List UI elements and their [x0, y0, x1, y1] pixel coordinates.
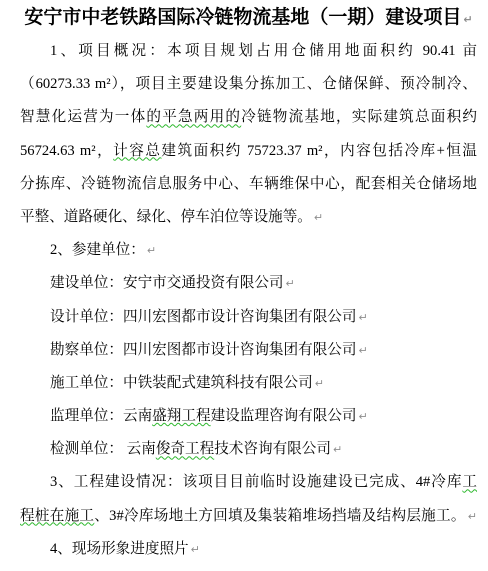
text-segment: 智慧化运营为一体 — [20, 109, 146, 125]
paragraph-mark-icon: ↵ — [313, 377, 324, 390]
text-segment: 3、工程建设情况：该项目目前临时设施建设已完成、4#冷库 — [50, 474, 462, 490]
progress-line-2: 程桩在施工、3#冷库场地土方回填及集装箱堆场挡墙及结构层施工。↵ — [20, 500, 477, 533]
text-segment: 分拣库、冷链物流信息服务中心、车辆维保中心，配套相关仓储场地 — [20, 176, 477, 192]
overview-line-3: 智慧化运营为一体的平急两用的冷链物流基地，实际建筑总面积约 — [20, 101, 477, 134]
text-segment: 平整、道路硬化、绿化、停车泊位等设施等。 — [20, 209, 312, 225]
participants-heading: 2、参建单位：↵ — [20, 234, 477, 267]
paragraph-mark-icon: ↵ — [356, 311, 367, 324]
construction-unit: 建设单位：安宁市交通投资有限公司↵ — [20, 267, 477, 300]
text-segment: 检测单位： 云南 — [50, 441, 156, 457]
supervision-unit: 监理单位：云南盛翔工程建设监理咨询有限公司↵ — [20, 400, 477, 433]
text-segment: 技术咨询有限公司 — [214, 441, 331, 457]
design-unit: 设计单位：四川宏图都市设计咨询集团有限公司↵ — [20, 301, 477, 334]
text-segment: 建设单位：安宁市交通投资有限公司 — [50, 275, 284, 291]
text-segment: 4、现场形象进度照片 — [50, 541, 189, 557]
paragraph-mark-icon: ↵ — [331, 443, 342, 456]
text-segment: （60273.33 m²），项目主要建设集分拣加工、仓储保鲜、预冷制冷、 — [20, 76, 477, 92]
builder-unit: 施工单位：中铁装配式建筑科技有限公司↵ — [20, 367, 477, 400]
paragraph-mark-icon: ↵ — [145, 244, 156, 257]
text-segment: 安宁市中老铁路国际冷链物流基地（一期）建设项目 — [24, 7, 461, 28]
spellcheck-flagged-text: 工 — [462, 474, 477, 490]
text-segment: 监理单位：云南 — [50, 408, 152, 424]
paragraph-mark-icon: ↵ — [466, 510, 477, 523]
photos-heading: 4、现场形象进度照片↵ — [20, 533, 477, 566]
paragraph-mark-icon: ↵ — [189, 543, 200, 556]
text-segment: 1、项目概况：本项目规划占用仓储用地面积约 90.41 亩 — [50, 43, 477, 59]
document-title: 安宁市中老铁路国际冷链物流基地（一期）建设项目↵ — [20, 1, 477, 35]
paragraph-mark-icon: ↵ — [461, 13, 472, 26]
text-segment: 2、参建单位： — [50, 242, 145, 258]
spellcheck-flagged-text: 盛翔工程 — [152, 408, 210, 424]
survey-unit: 勘察单位：四川宏图都市设计咨询集团有限公司↵ — [20, 334, 477, 367]
document-page: 安宁市中老铁路国际冷链物流基地（一期）建设项目↵1、项目概况：本项目规划占用仓储… — [0, 0, 488, 571]
paragraph-mark-icon: ↵ — [312, 211, 323, 224]
text-segment: 建设监理咨询有限公司 — [211, 408, 357, 424]
paragraph-mark-icon: ↵ — [284, 277, 295, 290]
overview-line-2: （60273.33 m²），项目主要建设集分拣加工、仓储保鲜、预冷制冷、 — [20, 68, 477, 101]
text-segment: 冷链物流基地，实际建筑总面积约 — [241, 109, 477, 125]
text-segment: 勘察单位：四川宏图都市设计咨询集团有限公司 — [50, 342, 356, 358]
text-segment: 56724.63 m²， — [20, 143, 113, 159]
spellcheck-flagged-text: 的平急两用的 — [146, 109, 241, 125]
spellcheck-flagged-text: 程桩在施工 — [20, 508, 94, 524]
spellcheck-flagged-text: 俊奇工程 — [156, 441, 214, 457]
overview-line-6: 平整、道路硬化、绿化、停车泊位等设施等。↵ — [20, 201, 477, 234]
overview-line-5: 分拣库、冷链物流信息服务中心、车辆维保中心，配套相关仓储场地 — [20, 168, 477, 201]
text-segment: 建筑面积约 75723.37 m²，内容包括冷库+恒温 — [161, 143, 477, 159]
overview-line-1: 1、项目概况：本项目规划占用仓储用地面积约 90.41 亩 — [20, 35, 477, 68]
overview-line-4: 56724.63 m²，计容总建筑面积约 75723.37 m²，内容包括冷库+… — [20, 135, 477, 168]
spellcheck-flagged-text: 计容总 — [113, 143, 161, 159]
paragraph-mark-icon: ↵ — [356, 344, 367, 357]
progress-line-1: 3、工程建设情况：该项目目前临时设施建设已完成、4#冷库工 — [20, 466, 477, 499]
paragraph-mark-icon: ↵ — [357, 410, 368, 423]
text-segment: 施工单位：中铁装配式建筑科技有限公司 — [50, 375, 313, 391]
text-segment: 设计单位：四川宏图都市设计咨询集团有限公司 — [50, 309, 356, 325]
document-body: 安宁市中老铁路国际冷链物流基地（一期）建设项目↵1、项目概况：本项目规划占用仓储… — [20, 1, 477, 566]
text-segment: 、3#冷库场地土方回填及集装箱堆场挡墙及结构层施工。 — [94, 508, 465, 524]
testing-unit: 检测单位： 云南俊奇工程技术咨询有限公司↵ — [20, 433, 477, 466]
